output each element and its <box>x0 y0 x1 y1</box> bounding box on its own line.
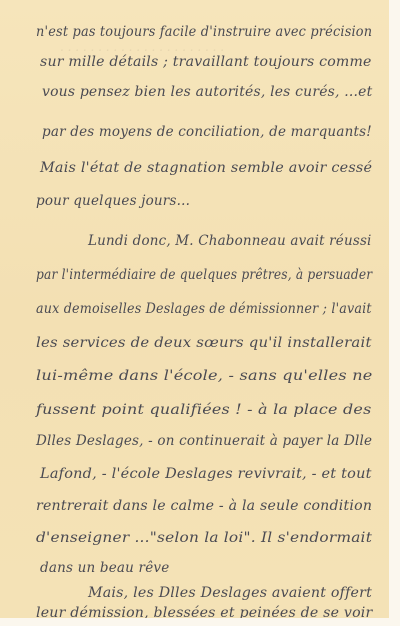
text-line-13: Dlles Deslages, - on continuerait à paye… <box>36 433 372 449</box>
text-line-2: sur mille détails ; travaillant toujours… <box>40 54 372 70</box>
text-line-7: Lundi donc, M. Chabonneau avait réussi <box>88 233 372 249</box>
text-line-6: pour quelques jours... <box>36 193 190 209</box>
text-line-10: les services de deux sœurs qu'il install… <box>36 335 372 351</box>
letter-page: . . . . . . . . . . . . . . . . . . . . … <box>0 0 389 618</box>
text-line-17: dans un beau rêve <box>40 560 169 576</box>
text-line-19: leur démission, blessées et peinées de s… <box>36 605 373 618</box>
text-line-1: n'est pas toujours facile d'instruire av… <box>36 24 372 40</box>
text-line-9: aux demoiselles Deslages de démissionner… <box>36 301 372 317</box>
text-line-15: rentrerait dans le calme - à la seule co… <box>36 498 372 514</box>
text-line-11: lui-même dans l'école, - sans qu'elles n… <box>36 368 373 384</box>
bleed-through-text: . . . . . . . . . . . . . . . . . . . . … <box>60 40 224 54</box>
text-line-5: Mais l'état de stagnation semble avoir c… <box>40 160 372 176</box>
text-line-18: Mais, les Dlles Deslages avaient offert <box>88 585 372 601</box>
text-line-16: d'enseigner ..."selon la loi". Il s'endo… <box>36 530 372 546</box>
text-line-14: Lafond, - l'école Deslages revivrait, - … <box>40 466 372 482</box>
text-line-4: par des moyens de conciliation, de marqu… <box>42 124 372 140</box>
text-line-3: vous pensez bien les autorités, les curé… <box>42 84 372 100</box>
text-line-8: par l'intermédiaire de quelques prêtres,… <box>36 267 372 283</box>
text-line-12: fussent point qualifiées ! - à la place … <box>36 402 371 418</box>
